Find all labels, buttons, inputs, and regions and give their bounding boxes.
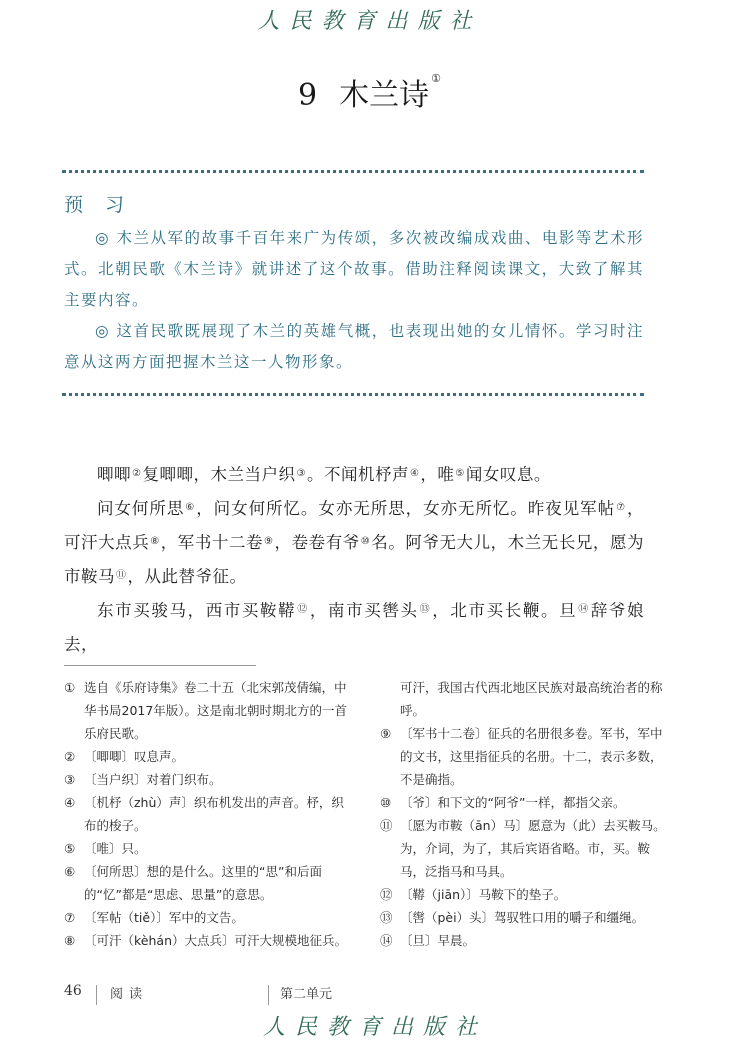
footnote: ⑦〔军帖（tiě）〕军中的文告。 [64, 906, 354, 929]
footnote-ref: ⑧ [150, 536, 160, 547]
footnote-ref: ⑭ [578, 604, 590, 615]
footnote: ④〔机杼（zhù）声〕织布机发出的声音。杼，织布的梭子。 [64, 791, 354, 837]
footnote: ⑬〔辔（pèi）头〕驾驭牲口用的嚼子和缰绳。 [380, 906, 670, 929]
footnote-ref: ⑨ [264, 536, 274, 547]
footnote-divider [64, 665, 256, 666]
text: ，北市买长鞭。旦 [432, 601, 577, 620]
footnote-text: 〔军帖（tiě）〕军中的文告。 [84, 906, 354, 929]
footnote-mark: ⑩ [380, 791, 400, 814]
footnote-ref: ⑤ [455, 468, 464, 479]
publisher-logo-top: 人民教育出版社 [0, 4, 739, 35]
footnote-ref: ③ [296, 468, 305, 479]
footnote-mark: ⑭ [380, 929, 400, 952]
footnote-text: 〔当户织〕对着门织布。 [84, 768, 354, 791]
unit-label: 第二单元 [280, 983, 332, 1002]
footnote: ⑤〔唯〕只。 [64, 837, 354, 860]
lesson-title-text: 木兰诗 [339, 78, 429, 113]
preview-paragraph: ◎ 这首民歌既展现了木兰的英雄气概，也表现出她的女儿情怀。学习时注意从这两方面把… [64, 316, 644, 378]
text: 。不闻机杼声 [307, 465, 409, 484]
footnote-mark: ⑥ [64, 860, 84, 906]
footnote-mark: ② [64, 745, 84, 768]
publisher-logo-bottom: 人民教育出版社 [255, 1010, 495, 1041]
poem-paragraph: 问女何所思⑥，问女何所忆。女亦无所思，女亦无所忆。昨夜见军帖⑦，可汗大点兵⑧，军… [64, 492, 644, 594]
footnote: ⑨〔军书十二卷〕征兵的名册很多卷。军书，军中的文书，这里指征兵的名册。十二，表示… [380, 722, 670, 791]
section-label: 阅读 [110, 983, 148, 1002]
footnote-text: 〔可汗（kèhán）大点兵〕可汗大规模地征兵。 [84, 929, 354, 952]
footnote-text: 〔何所思〕想的是什么。这里的“思”和后面的“忆”都是“思虑、思量”的意思。 [84, 860, 354, 906]
poem-text: 唧唧②复唧唧，木兰当户织③。不闻机杼声④，唯⑤闻女叹息。 问女何所思⑥，问女何所… [64, 458, 644, 662]
text: 问女何所思 [97, 499, 184, 518]
text: ，从此替爷征。 [128, 567, 247, 586]
footnote-ref: ⑦ [616, 502, 626, 513]
footnote-ref: ⑬ [420, 604, 432, 615]
preview-heading: 预 习 [64, 190, 644, 217]
footnote: ⑩〔爷〕和下文的“阿爷”一样，都指父亲。 [380, 791, 670, 814]
text: ，卷卷有爷 [275, 533, 360, 552]
dotted-divider-bottom [62, 393, 644, 396]
text: 唧唧 [97, 465, 131, 484]
footnote: ⑭〔旦〕早晨。 [380, 929, 670, 952]
footnote-mark: ⑦ [64, 906, 84, 929]
footnote-ref: ⑪ [116, 570, 127, 581]
footnote-text: 〔辔（pèi）头〕驾驭牲口用的嚼子和缰绳。 [400, 906, 670, 929]
footnote-text: 〔唧唧〕叹息声。 [84, 745, 354, 768]
lesson-number: 9 [298, 78, 317, 113]
footnote: ⑧〔可汗（kèhán）大点兵〕可汗大规模地征兵。 [64, 929, 354, 952]
footnote: ⑫〔鞯（jiān）〕马鞍下的垫子。 [380, 883, 670, 906]
footnote-mark: ④ [64, 791, 84, 837]
footnote-text: 〔旦〕早晨。 [400, 929, 670, 952]
text: 东市买骏马，西市买鞍鞯 [97, 601, 296, 620]
footnotes-right-column: 可汗，我国古代西北地区民族对最高统治者的称呼。 ⑨〔军书十二卷〕征兵的名册很多卷… [380, 676, 670, 952]
footnote-mark: ⑪ [380, 814, 400, 883]
footnote: ①选自《乐府诗集》卷二十五（北宋郭茂倩编，中华书局2017年版）。这是南北朝时期… [64, 676, 354, 745]
footnote-ref: ② [132, 468, 141, 479]
footnote-mark: ⑧ [64, 929, 84, 952]
footnote-text: 〔机杼（zhù）声〕织布机发出的声音。杼，织布的梭子。 [84, 791, 354, 837]
footnote-mark: ③ [64, 768, 84, 791]
text: ，军书十二卷 [161, 533, 263, 552]
footnote-text: 〔唯〕只。 [84, 837, 354, 860]
footnote-mark: ⑫ [380, 883, 400, 906]
footnote-text: 〔愿为市鞍（ān）马〕愿意为（此）去买鞍马。为，介词，为了，其后宾语省略。市，买… [400, 814, 670, 883]
footnote-text: 〔鞯（jiān）〕马鞍下的垫子。 [400, 883, 670, 906]
footnote-mark: ⑨ [380, 722, 400, 791]
footnote-ref: ① [431, 72, 441, 85]
poem-paragraph: 唧唧②复唧唧，木兰当户织③。不闻机杼声④，唯⑤闻女叹息。 [64, 458, 644, 492]
footnote-text: 〔爷〕和下文的“阿爷”一样，都指父亲。 [400, 791, 670, 814]
footnote-ref: ⑩ [361, 536, 371, 547]
text: ，南市买辔头 [310, 601, 419, 620]
footnote-text: 〔军书十二卷〕征兵的名册很多卷。军书，军中的文书，这里指征兵的名册。十二，表示多… [400, 722, 670, 791]
text: 闻女叹息。 [466, 465, 551, 484]
footnote-mark: ⑬ [380, 906, 400, 929]
footnote-continuation: 可汗，我国古代西北地区民族对最高统治者的称呼。 [380, 676, 670, 722]
preview-section: 预 习 ◎ 木兰从军的故事千百年来广为传颂，多次被改编成戏曲、电影等艺术形式。北… [64, 190, 644, 378]
footnote-ref: ④ [410, 468, 419, 479]
text: ，问女何所忆。女亦无所思，女亦无所忆。昨夜见军帖 [196, 499, 615, 518]
footnote-ref: ⑫ [297, 604, 309, 615]
footnote-mark: ⑤ [64, 837, 84, 860]
page-number: 46 [64, 983, 82, 999]
footnote: ②〔唧唧〕叹息声。 [64, 745, 354, 768]
lesson-title: 9木兰诗① [0, 70, 739, 114]
text: 复唧唧，木兰当户织 [142, 465, 295, 484]
poem-paragraph: 东市买骏马，西市买鞍鞯⑫，南市买辔头⑬，北市买长鞭。旦⑭辞爷娘去， [64, 594, 644, 662]
footnote: ⑪〔愿为市鞍（ān）马〕愿意为（此）去买鞍马。为，介词，为了，其后宾语省略。市，… [380, 814, 670, 883]
footnote-text: 可汗，我国古代西北地区民族对最高统治者的称呼。 [380, 676, 670, 722]
footnote-ref: ⑥ [185, 502, 195, 513]
text: ，唯 [420, 465, 454, 484]
footnote-mark: ① [64, 676, 84, 745]
footnote-text: 选自《乐府诗集》卷二十五（北宋郭茂倩编，中华书局2017年版）。这是南北朝时期北… [84, 676, 354, 745]
preview-paragraph: ◎ 木兰从军的故事千百年来广为传颂，多次被改编成戏曲、电影等艺术形式。北朝民歌《… [64, 223, 644, 316]
divider [96, 985, 97, 1005]
footnote: ⑥〔何所思〕想的是什么。这里的“思”和后面的“忆”都是“思虑、思量”的意思。 [64, 860, 354, 906]
dotted-divider-top [62, 170, 644, 173]
divider [268, 985, 269, 1005]
footnotes: ①选自《乐府诗集》卷二十五（北宋郭茂倩编，中华书局2017年版）。这是南北朝时期… [64, 676, 684, 952]
footnotes-left-column: ①选自《乐府诗集》卷二十五（北宋郭茂倩编，中华书局2017年版）。这是南北朝时期… [64, 676, 354, 952]
footnote: ③〔当户织〕对着门织布。 [64, 768, 354, 791]
